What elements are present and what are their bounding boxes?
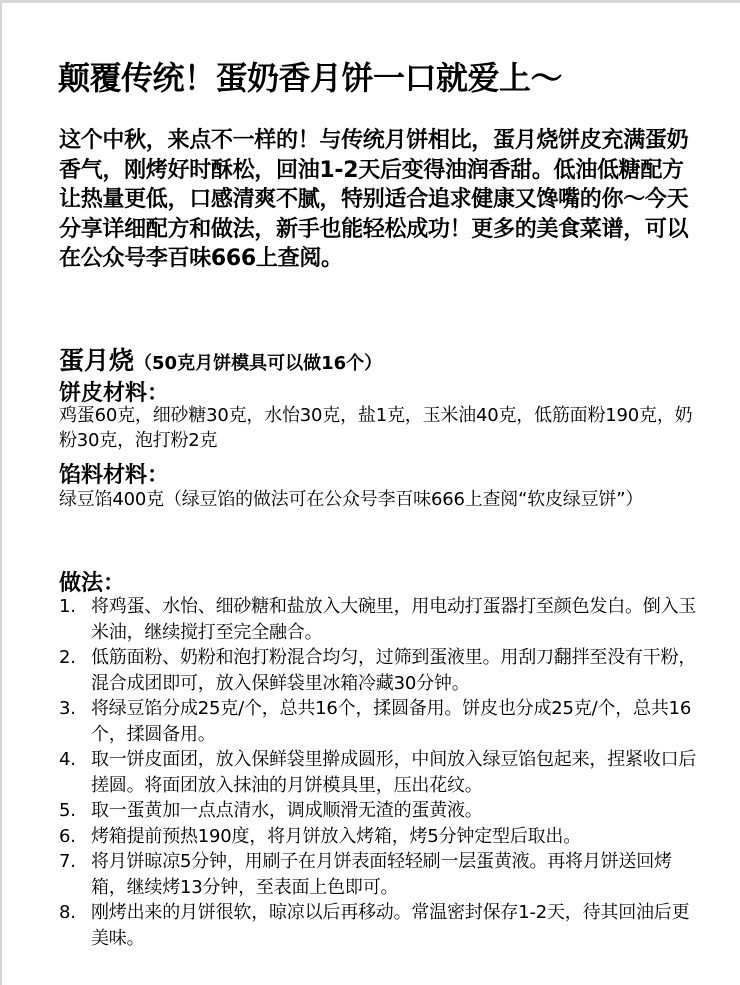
step-text: 低筋面粉、奶粉和泡打粉混合均匀，过筛到蛋液里。用刮刀翻拌至没有干粉，混合成团即可…	[91, 645, 704, 696]
step-text: 将绿豆馅分成25克/个，总共16个，揉圆备用。饼皮也分成25克/个，总共16个，…	[91, 696, 704, 747]
step-number: 3.	[59, 696, 91, 747]
step-text: 烤箱提前预热190度，将月饼放入烤箱，烤5分钟定型后取出。	[91, 824, 704, 850]
step-number: 5.	[59, 798, 91, 824]
step-number: 8.	[59, 900, 91, 951]
step-text: 刚烤出来的月饼很软，晾凉以后再移动。常温密封保存1-2天，待其回油后更美味。	[91, 900, 704, 951]
step-number: 7.	[59, 849, 91, 900]
step-text: 将月饼晾凉5分钟，用刷子在月饼表面轻轻刷一层蛋黄液。再将月饼送回烤箱，继续烤13…	[91, 849, 704, 900]
intro-paragraph: 这个中秋，来点不一样的！与传统月饼相比，蛋月烧饼皮充满蛋奶香气，刚烤好时酥松，回…	[59, 126, 691, 274]
step-number: 4.	[59, 747, 91, 798]
step-text: 将鸡蛋、水怡、细砂糖和盐放入大碗里，用电动打蛋器打至颜色发白。倒入玉米油，继续搅…	[91, 594, 704, 645]
step-item: 5.取一蛋黄加一点点清水，调成顺滑无渣的蛋黄液。	[59, 798, 704, 824]
step-number: 2.	[59, 645, 91, 696]
step-text: 取一蛋黄加一点点清水，调成顺滑无渣的蛋黄液。	[91, 798, 704, 824]
step-text: 取一饼皮面团，放入保鲜袋里擀成圆形，中间放入绿豆馅包起来，捏紧收口后搓圆。将面团…	[91, 747, 704, 798]
filling-heading: 馅料材料：	[59, 458, 169, 489]
method-heading: 做法：	[59, 566, 125, 597]
filling-ingredients: 绿豆馅400克（绿豆馅的做法可在公众号李百味666上查阅“软皮绿豆饼”）	[59, 487, 699, 512]
step-item: 1.将鸡蛋、水怡、细砂糖和盐放入大碗里，用电动打蛋器打至颜色发白。倒入玉米油，继…	[59, 594, 704, 645]
recipe-name: 蛋月烧	[59, 346, 134, 375]
step-item: 3.将绿豆馅分成25克/个，总共16个，揉圆备用。饼皮也分成25克/个，总共16…	[59, 696, 704, 747]
step-item: 6.烤箱提前预热190度，将月饼放入烤箱，烤5分钟定型后取出。	[59, 824, 704, 850]
document-page: 颠覆传统！蛋奶香月饼一口就爱上～ 这个中秋，来点不一样的！与传统月饼相比，蛋月烧…	[0, 0, 740, 985]
crust-ingredients: 鸡蛋60克，细砂糖30克，水怡30克，盐1克，玉米油40克，低筋面粉190克，奶…	[59, 403, 699, 453]
step-item: 8.刚烤出来的月饼很软，晾凉以后再移动。常温密封保存1-2天，待其回油后更美味。	[59, 900, 704, 951]
recipe-title: 蛋月烧（50克月饼模具可以做16个）	[59, 341, 382, 377]
step-item: 2.低筋面粉、奶粉和泡打粉混合均匀，过筛到蛋液里。用刮刀翻拌至没有干粉，混合成团…	[59, 645, 704, 696]
step-number: 6.	[59, 824, 91, 850]
method-steps-list: 1.将鸡蛋、水怡、细砂糖和盐放入大碗里，用电动打蛋器打至颜色发白。倒入玉米油，继…	[59, 594, 704, 951]
step-item: 7.将月饼晾凉5分钟，用刷子在月饼表面轻轻刷一层蛋黄液。再将月饼送回烤箱，继续烤…	[59, 849, 704, 900]
step-item: 4.取一饼皮面团，放入保鲜袋里擀成圆形，中间放入绿豆馅包起来，捏紧收口后搓圆。将…	[59, 747, 704, 798]
step-number: 1.	[59, 594, 91, 645]
page-title: 颠覆传统！蛋奶香月饼一口就爱上～	[58, 53, 562, 99]
recipe-yield-note: （50克月饼模具可以做16个）	[134, 353, 382, 374]
